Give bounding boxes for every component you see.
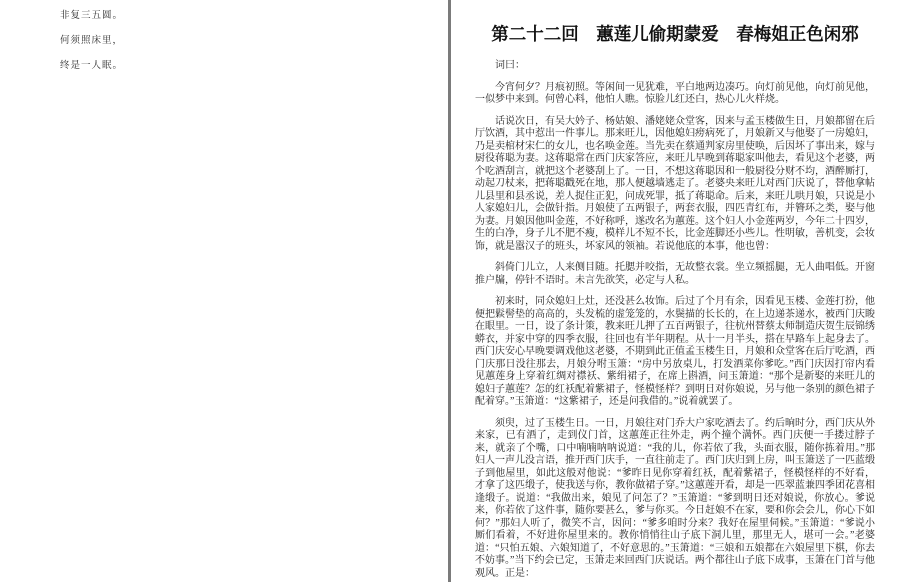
document-viewer: 非复三五圆。 何须照床里， 终是一人眠。 第二十二回 蕙莲儿偷期蒙爱 春梅姐正色… xyxy=(0,0,898,582)
left-page: 非复三五圆。 何须照床里， 终是一人眠。 xyxy=(0,0,448,582)
body-paragraph-3: 初来时，同众媳妇上灶，还没甚么妆饰。后过了个月有余，因看见玉楼、金莲打扮，他便把… xyxy=(475,296,875,409)
ci-verse-paragraph: 今宵何夕？月痕初照。等闲间一见犹难，平白地两边凑巧。向灯前见他，向灯前见他，一似… xyxy=(475,82,875,107)
body-paragraph-1: 话说次日，有吴大妗子、杨姑娘、潘姥姥众堂客，因来与孟玉楼做生日，月娘都留在后厅饮… xyxy=(475,116,875,254)
prev-page-verse-line: 何须照床里， xyxy=(60,35,448,47)
verse-paragraph-2: 斜倚门儿立，人来侧目随。托腮并咬指，无故整衣裳。坐立频摇腿，无人曲唱低。开窗推户… xyxy=(475,262,875,287)
prev-page-verse-line: 非复三五圆。 xyxy=(60,10,448,22)
chapter-title: 第二十二回 蕙莲儿偷期蒙爱 春梅姐正色闲邪 xyxy=(484,24,866,45)
ci-lead-in: 词曰： xyxy=(475,60,875,73)
right-page: 第二十二回 蕙莲儿偷期蒙爱 春梅姐正色闲邪 词曰： 今宵何夕？月痕初照。等闲间一… xyxy=(451,0,898,582)
prev-page-verse-line: 终是一人眠。 xyxy=(60,60,448,72)
body-paragraph-4: 须臾，过了玉楼生日。一日，月娘往对门乔大户家吃酒去了。约后晌时分，西门庆从外来家… xyxy=(475,418,875,581)
